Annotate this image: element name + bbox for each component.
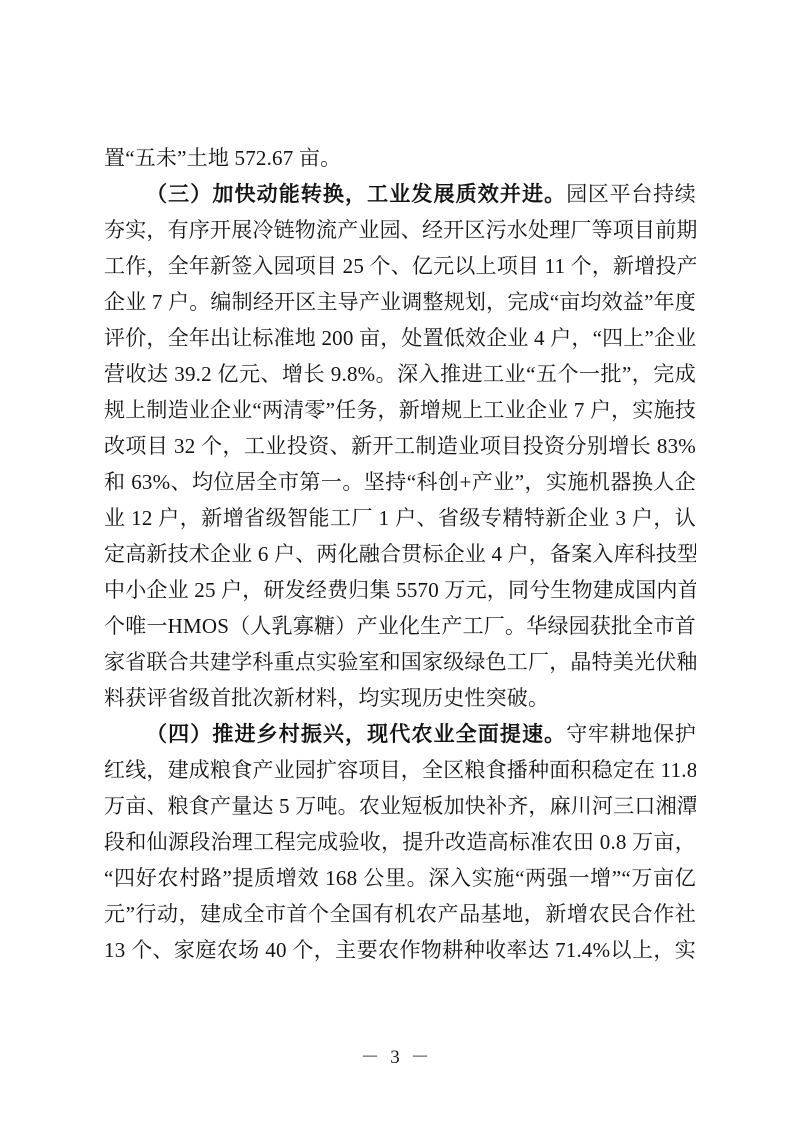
text-line: 评价，全年出让标准地 200 亩，处置低效企业 4 户，“四上”企业 [104,320,696,356]
text-line: “四好农村路”提质增效 168 公里。深入实施“两强一增”“万亩亿 [104,860,696,896]
text-line: 和 63%、均位居全市第一。坚持“科创+产业”，实施机器换人企 [104,464,696,500]
text-line: 定高新技术企业 6 户、两化融合贯标企业 4 户，备案入库科技型 [104,536,696,572]
text-line: 家省联合共建学科重点实验室和国家级绿色工厂，晶特美光伏釉 [104,644,696,680]
text-line: 13 个、家庭农场 40 个，主要农作物耕种收率达 71.4%以上，实 [104,932,696,968]
document-body: 置“五未”土地 572.67 亩。（三）加快动能转换，工业发展质效并进。园区平台… [104,140,696,968]
text-line: 业 12 户，新增省级智能工厂 1 户、省级专精特新企业 3 户，认 [104,500,696,536]
text-line: 段和仙源段治理工程完成验收，提升改造高标准农田 0.8 万亩， [104,824,696,860]
text-line: （三）加快动能转换，工业发展质效并进。园区平台持续 [104,176,696,212]
text-line: 红线，建成粮食产业园扩容项目，全区粮食播种面积稳定在 11.85 [104,752,696,788]
text-line: 改项目 32 个，工业投资、新开工制造业项目投资分别增长 83% [104,428,696,464]
text-line: 夯实，有序开展冷链物流产业园、经开区污水处理厂等项目前期 [104,212,696,248]
section-heading: （四）推进乡村振兴，现代农业全面提速。 [146,722,566,746]
text-line: 个唯一HMOS（人乳寡糖）产业化生产工厂。华绿园获批全市首 [104,608,696,644]
text-line: （四）推进乡村振兴，现代农业全面提速。守牢耕地保护 [104,716,696,752]
text-line: 企业 7 户。编制经开区主导产业调整规划，完成“亩均效益”年度 [104,284,696,320]
text-line: 工作，全年新签入园项目 25 个、亿元以上项目 11 个，新增投产 [104,248,696,284]
text-line: 置“五未”土地 572.67 亩。 [104,140,696,176]
text-line: 元”行动，建成全市首个全国有机农产品基地，新增农民合作社 [104,896,696,932]
section-heading: （三）加快动能转换，工业发展质效并进。 [146,182,566,206]
page-footer: － 3 － [0,1042,793,1069]
page-number: － 3 － [360,1047,432,1068]
document-page: 置“五未”土地 572.67 亩。（三）加快动能转换，工业发展质效并进。园区平台… [0,0,793,1122]
text-line: 中小企业 25 户，研发经费归集 5570 万元，同兮生物建成国内首 [104,572,696,608]
text-line: 万亩、粮食产量达 5 万吨。农业短板加快补齐，麻川河三口湘潭 [104,788,696,824]
text-line: 规上制造业企业“两清零”任务，新增规上工业企业 7 户，实施技 [104,392,696,428]
text-line: 料获评省级首批次新材料，均实现历史性突破。 [104,680,696,716]
text-line: 营收达 39.2 亿元、增长 9.8%。深入推进工业“五个一批”，完成 [104,356,696,392]
